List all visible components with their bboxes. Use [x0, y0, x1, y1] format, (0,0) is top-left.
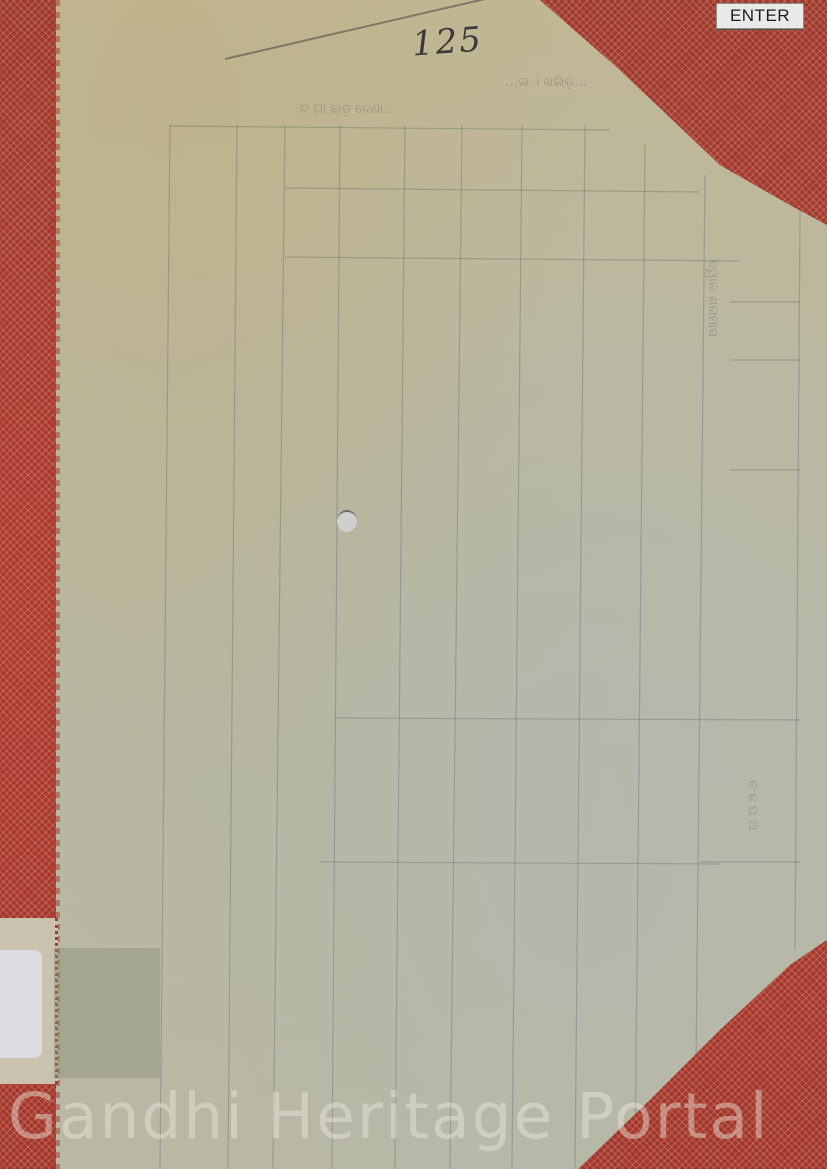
faint-header-text-2: ଟ ଗା ଛାଡ଼ ଦେଣା… — [300, 102, 396, 117]
library-label-blank — [0, 950, 42, 1058]
enter-label-sticker: ENTER — [716, 3, 804, 29]
punch-hole — [337, 510, 357, 532]
faint-header-text-1: …ଲ । ଖଲିଡ଼… — [505, 75, 587, 90]
faint-column-text-2: ଚ ଛ ଘ ଅ — [745, 780, 760, 830]
faint-column-text-1: ଦ୍ୱାର ଶଗମାସ — [705, 260, 720, 337]
watermark-text: Gandhi Heritage Portal — [8, 1080, 827, 1153]
handwritten-number: 125 — [411, 20, 485, 65]
adhesive-tape — [54, 948, 160, 1078]
